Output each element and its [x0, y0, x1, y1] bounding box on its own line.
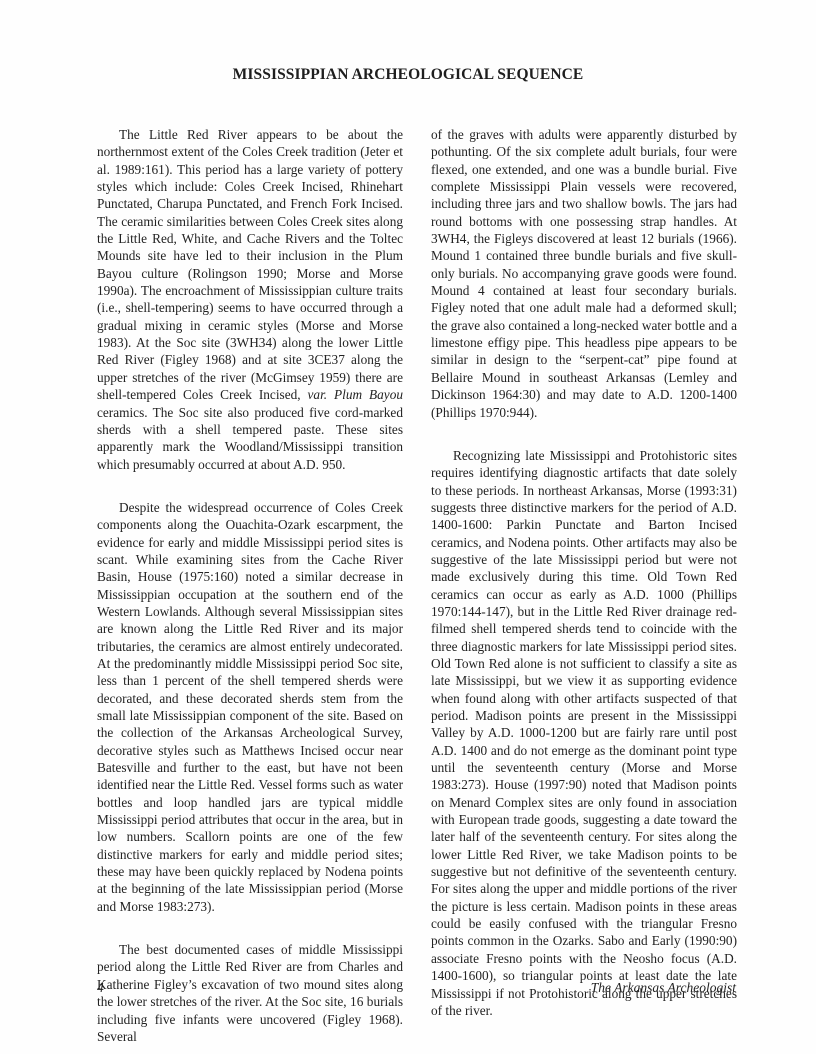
paragraph: Recognizing late Mississippi and Protohi…	[431, 447, 737, 1019]
paragraph-text: ceramics. The Soc site also produced fiv…	[97, 405, 403, 472]
paragraph-text: The Little Red River appears to be about…	[97, 127, 403, 402]
page-number: 4	[97, 980, 104, 996]
paragraph: The Little Red River appears to be about…	[97, 126, 403, 473]
paragraph: Despite the widespread occurrence of Col…	[97, 499, 403, 915]
paragraph: The best documented cases of middle Miss…	[97, 941, 403, 1045]
page-title: MISSISSIPPIAN ARCHEOLOGICAL SEQUENCE	[0, 66, 816, 84]
left-column: The Little Red River appears to be about…	[97, 126, 403, 1045]
right-column: of the graves with adults were apparentl…	[431, 126, 737, 1019]
paragraph-continuation: of the graves with adults were apparentl…	[431, 126, 737, 421]
italic-variety-name: var. Plum Bayou	[308, 387, 403, 402]
document-page: MISSISSIPPIAN ARCHEOLOGICAL SEQUENCE The…	[0, 0, 816, 1054]
journal-title: The Arkansas Archeologist	[591, 980, 736, 996]
